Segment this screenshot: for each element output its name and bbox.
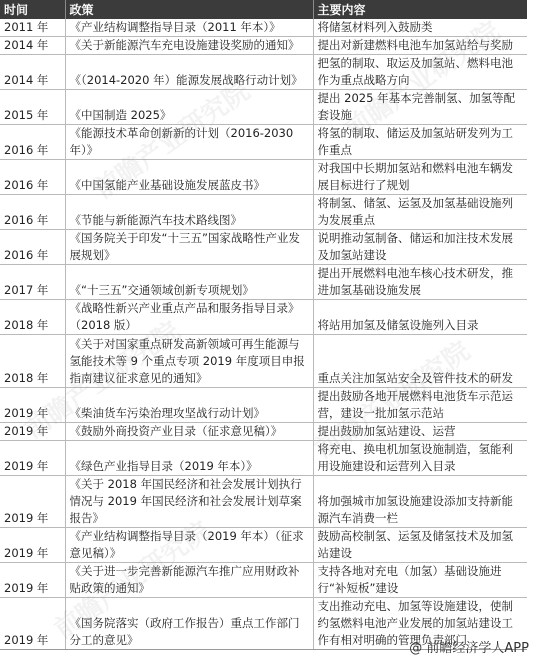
table-row: 2018 年《战略性新兴产业重点产品和服务指导目录》（2018 版）将站用加氢及… — [0, 300, 527, 335]
cell-policy: 《柴油货车污染治理攻坚战行动计划》 — [65, 388, 313, 423]
cell-policy: 《“十三五”交通领域创新专项规划》 — [65, 265, 313, 300]
cell-year: 2019 年 — [0, 423, 65, 441]
cell-content: 提出 2025 年基本完善制氢、加氢等配套设施 — [313, 90, 527, 125]
cell-policy: 《关于新能源汽车充电设施建设奖励的通知》 — [65, 37, 313, 55]
cell-content: 将站用加氢及储氢设施列入目录 — [313, 300, 527, 335]
cell-content: 说明推动氢制备、储运和加注技术发展及加氢站建设 — [313, 230, 527, 265]
cell-policy: 《关于进一步完善新能源汽车推广应用财政补贴政策的通知》 — [65, 563, 313, 598]
cell-year: 2019 年 — [0, 441, 65, 476]
cell-content: 重点关注加氢站安全及管件技术的研发 — [313, 335, 527, 388]
cell-year: 2019 年 — [0, 476, 65, 528]
cell-year: 2019 年 — [0, 388, 65, 423]
cell-content: 支持各地对充电（加氢）基础设施进行“补短板”建设 — [313, 563, 527, 598]
table-row: 2014 年《（2014-2020 年）能源发展战略行动计划》把氢的制取、取运及… — [0, 55, 527, 90]
cell-year: 2016 年 — [0, 125, 65, 160]
source-credit: @ 前瞻经济学人APP — [409, 637, 529, 656]
table-row: 2016 年《中国氢能产业基础设施发展蓝皮书》对我国中长期加氢站和燃料电池车辆发… — [0, 160, 527, 195]
cell-policy: 《能源技术革命创新新的计划（2016-2030 年）》 — [65, 125, 313, 160]
cell-year: 2014 年 — [0, 55, 65, 90]
cell-year: 2016 年 — [0, 230, 65, 265]
column-header-policy: 政策 — [65, 0, 313, 19]
table-row: 2019 年《鼓励外商投资产业目录（征求意见稿）》提出鼓励加氢站建设、运营 — [0, 423, 527, 441]
cell-policy: 《关于 2018 年国民经济和社会发展计划执行情况与 2019 年国民经济和社会… — [65, 476, 313, 528]
cell-policy: 《（2014-2020 年）能源发展战略行动计划》 — [65, 55, 313, 90]
table-row: 2014 年《关于新能源汽车充电设施建设奖励的通知》提出对新建燃料电池车加氢站给… — [0, 37, 527, 55]
cell-policy: 《国务院关于印发“十三五”国家战略性产业发展规划》 — [65, 230, 313, 265]
table-header-row: 时间 政策 主要内容 — [0, 0, 527, 19]
table-row: 2016 年《国务院关于印发“十三五”国家战略性产业发展规划》说明推动氢制备、储… — [0, 230, 527, 265]
table-row: 2016 年《能源技术革命创新新的计划（2016-2030 年）》将氢的制取、储… — [0, 125, 527, 160]
table-row: 2018 年《关于对国家重点研发高新领域可再生能源与氢能技术等 9 个重点专项 … — [0, 335, 527, 388]
cell-content: 将充电、换电机加氢设施制造，氢能利用设施建设和运营列入目录 — [313, 441, 527, 476]
policy-table: 时间 政策 主要内容 2011 年《产业结构调整指导目录（2011 年本）》将储… — [0, 0, 527, 650]
cell-content: 把氢的制取、取运及加氢站、燃料电池作为重点战略方向 — [313, 55, 527, 90]
table-row: 2019 年《关于进一步完善新能源汽车推广应用财政补贴政策的通知》支持各地对充电… — [0, 563, 527, 598]
cell-year: 2015 年 — [0, 90, 65, 125]
table-row: 2019 年《绿色产业指导目录（2019 年本）》将充电、换电机加氢设施制造，氢… — [0, 441, 527, 476]
table-row: 2019 年《柴油货车污染治理攻坚战行动计划》提出鼓励各地开展燃料电池货车示范运… — [0, 388, 527, 423]
cell-year: 2011 年 — [0, 19, 65, 37]
cell-policy: 《国务院落实（政府工作报告）重点工作部门分工的意见》 — [65, 598, 313, 650]
cell-content: 提出鼓励加氢站建设、运营 — [313, 423, 527, 441]
cell-policy: 《中国制造 2025》 — [65, 90, 313, 125]
cell-policy: 《中国氢能产业基础设施发展蓝皮书》 — [65, 160, 313, 195]
cell-year: 2016 年 — [0, 195, 65, 230]
cell-year: 2019 年 — [0, 528, 65, 563]
cell-content: 对我国中长期加氢站和燃料电池车辆发展目标进行了规划 — [313, 160, 527, 195]
cell-content: 鼓励高校制氢、运氢及储氢技术及加氢站建设 — [313, 528, 527, 563]
cell-content: 提出鼓励各地开展燃料电池货车示范运营，建设一批加氢示范站 — [313, 388, 527, 423]
table-row: 2019 年《产业结构调整指导目录（2019 年本）（征求意见稿）》鼓励高校制氢… — [0, 528, 527, 563]
cell-policy: 《产业结构调整指导目录（2019 年本）（征求意见稿）》 — [65, 528, 313, 563]
table-row: 2017 年《“十三五”交通领域创新专项规划》提出开展燃料电池车核心技术研发，推… — [0, 265, 527, 300]
cell-content: 将制氢、储氢、运氢及加氢基础设施列为发展重点 — [313, 195, 527, 230]
cell-policy: 《关于对国家重点研发高新领域可再生能源与氢能技术等 9 个重点专项 2019 年… — [65, 335, 313, 388]
cell-policy: 《战略性新兴产业重点产品和服务指导目录》（2018 版） — [65, 300, 313, 335]
column-header-time: 时间 — [0, 0, 65, 19]
table-row: 2015 年《中国制造 2025》提出 2025 年基本完善制氢、加氢等配套设施 — [0, 90, 527, 125]
column-header-content: 主要内容 — [313, 0, 527, 19]
cell-year: 2018 年 — [0, 335, 65, 388]
cell-year: 2016 年 — [0, 160, 65, 195]
cell-content: 提出开展燃料电池车核心技术研发，推进加氢基础设施发展 — [313, 265, 527, 300]
cell-content: 提出对新建燃料电池车加氢站给与奖励 — [313, 37, 527, 55]
cell-policy: 《绿色产业指导目录（2019 年本）》 — [65, 441, 313, 476]
cell-year: 2018 年 — [0, 300, 65, 335]
cell-content: 将氢的制取、储运及加氢站研发列为工作重点 — [313, 125, 527, 160]
table-row: 2019 年《关于 2018 年国民经济和社会发展计划执行情况与 2019 年国… — [0, 476, 527, 528]
cell-policy: 《节能与新能源汽车技术路线图》 — [65, 195, 313, 230]
cell-year: 2019 年 — [0, 598, 65, 650]
table-row: 2016 年《节能与新能源汽车技术路线图》将制氢、储氢、运氢及加氢基础设施列为发… — [0, 195, 527, 230]
cell-content: 将加强城市加氢设施建设添加支持新能源汽车消费一栏 — [313, 476, 527, 528]
cell-year: 2014 年 — [0, 37, 65, 55]
cell-year: 2019 年 — [0, 563, 65, 598]
cell-policy: 《产业结构调整指导目录（2011 年本）》 — [65, 19, 313, 37]
cell-policy: 《鼓励外商投资产业目录（征求意见稿）》 — [65, 423, 313, 441]
cell-content: 将储氢材料列入鼓励类 — [313, 19, 527, 37]
cell-year: 2017 年 — [0, 265, 65, 300]
table-row: 2011 年《产业结构调整指导目录（2011 年本）》将储氢材料列入鼓励类 — [0, 19, 527, 37]
